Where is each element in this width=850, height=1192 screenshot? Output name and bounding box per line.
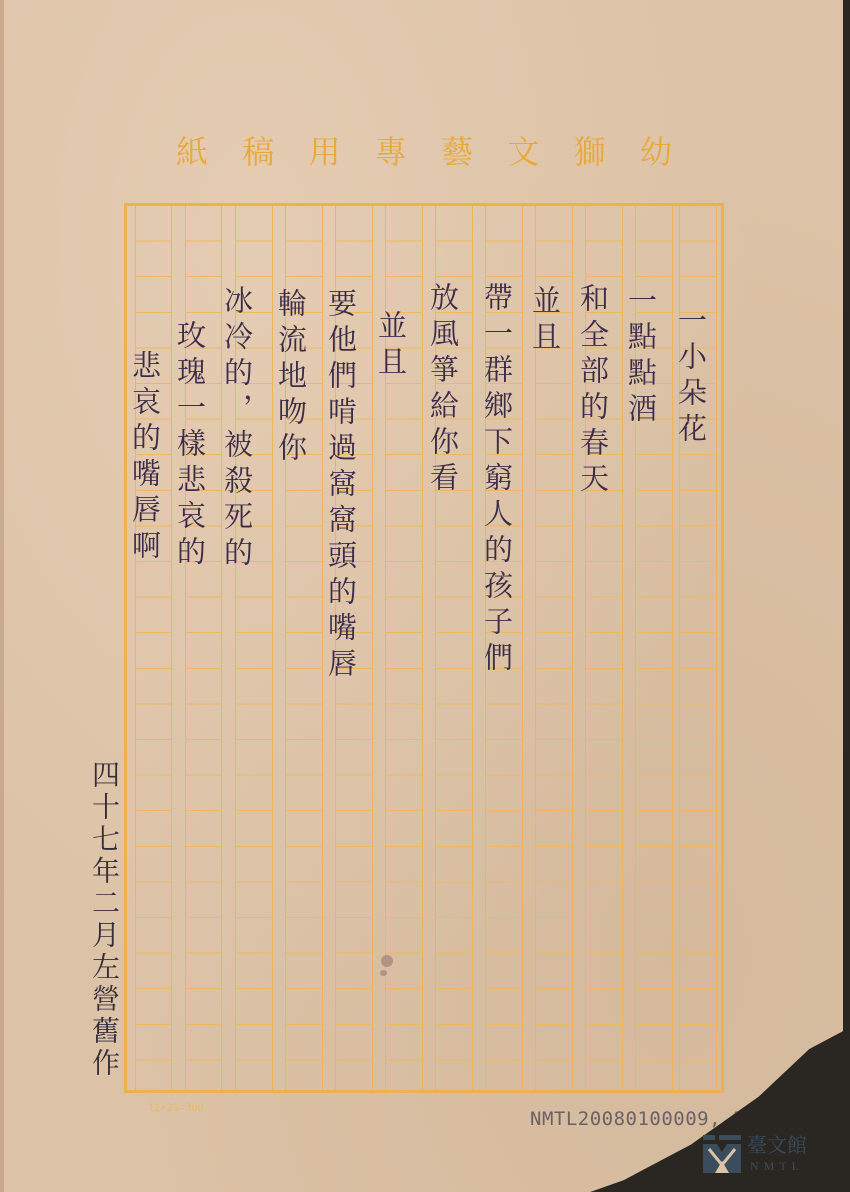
paper-edge (0, 0, 4, 1192)
grid-size-note: 12×25=300 (148, 1100, 204, 1115)
header-char: 文 (507, 127, 539, 173)
paper-header-title: 紙 稿 用 專 藝 文 獅 幼 (176, 128, 672, 172)
nmtl-logo-icon (703, 1135, 741, 1173)
manuscript-line: 一點點酒 (626, 285, 655, 429)
watermark-cn: 臺文館 (747, 1135, 807, 1155)
manuscript-line: 並且 (530, 285, 559, 357)
manuscript-line: 並且 (376, 310, 405, 382)
manuscript-line: 輪流地吻你 (276, 288, 305, 468)
header-char: 幼 (640, 127, 672, 173)
header-char: 用 (309, 127, 341, 173)
grid-column (135, 206, 172, 1090)
header-char: 紙 (176, 127, 208, 173)
nmtl-watermark: 臺文館 NMTL (703, 1135, 807, 1174)
watermark-en: NMTL (750, 1159, 804, 1174)
manuscript-line: 帶一群鄉下窮人的孩子們 (482, 282, 511, 678)
paper-stain (380, 970, 387, 976)
header-char: 專 (375, 127, 407, 173)
manuscript-line: 要他們啃過窩窩頭的嘴唇 (326, 288, 355, 684)
header-char: 藝 (441, 127, 473, 173)
author-signature-date: 四十七年二月左營舊作 (84, 760, 124, 1080)
manuscript-line: 悲哀的嘴唇啊 (130, 350, 159, 566)
header-char: 稿 (242, 127, 274, 173)
header-char: 獅 (574, 127, 606, 173)
manuscript-line: 一小朵花 (676, 305, 705, 449)
paper-stain (381, 955, 393, 967)
manuscript-line: 放風箏給你看 (428, 282, 457, 498)
manuscript-line: 和全部的春天 (578, 283, 607, 499)
manuscript-line: 冰冷的，被殺死的 (222, 285, 251, 573)
catalog-number: NMTL20080100009, 3/3 (530, 1108, 769, 1130)
manuscript-paper: 紙 稿 用 專 藝 文 獅 幼 一小朵花 一點點酒 和全部的春天 並且 帶一群鄉… (0, 0, 843, 1192)
manuscript-line: 玫瑰一樣悲哀的 (175, 320, 204, 572)
